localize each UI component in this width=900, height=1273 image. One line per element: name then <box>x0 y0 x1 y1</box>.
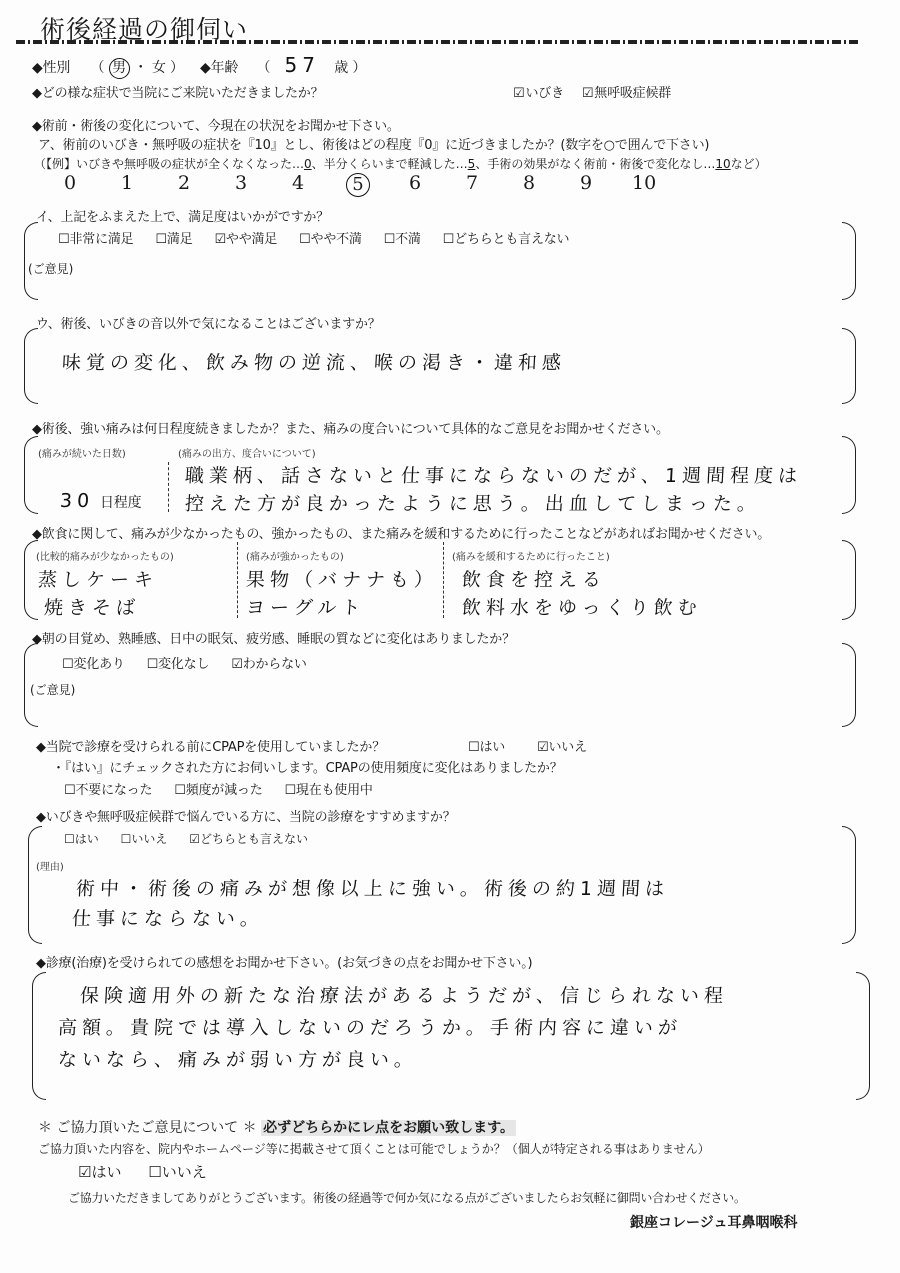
age-value[interactable]: 57 <box>285 53 320 77</box>
food-less-pain-item-2[interactable]: 焼きそば <box>43 593 140 620</box>
option-no-longer-needed[interactable]: ☐不要になった <box>64 783 152 798</box>
food-divider-1 <box>237 542 238 618</box>
recommend-option-neither-checked[interactable]: ☑どちらとも言えない <box>189 832 308 846</box>
recommend-option-no[interactable]: ☐いいえ <box>121 832 168 846</box>
recommend-box-left <box>28 826 42 944</box>
checkbox-apnea[interactable]: ☑無呼吸症候群 <box>582 86 671 101</box>
food-more-pain-label: (痛みが強かったもの) <box>246 548 344 563</box>
scale-1[interactable]: 1 <box>121 172 133 194</box>
recommend-box-right <box>842 826 856 944</box>
food-question: ◆飲食に関して、痛みが少なかったもの、強かったもの、また痛みを緩和するために行っ… <box>32 523 770 542</box>
food-relief-item-1[interactable]: 飲食を控える <box>461 565 606 592</box>
age-unit: 歳 <box>334 60 348 76</box>
food-divider-2 <box>443 542 444 618</box>
option-neither[interactable]: ☐どちらとも言えない <box>443 232 570 247</box>
consent-question: ご協力頂いた内容を、院内やホームページ等に掲載させて頂くことは可能でしょうか？（… <box>38 1140 710 1157</box>
cpap-option-yes[interactable]: ☐はい <box>468 740 505 755</box>
scale-10[interactable]: 10 <box>632 172 656 194</box>
consent-options: ☑はい ☐いいえ <box>78 1161 207 1182</box>
scale-0[interactable]: 0 <box>64 172 76 194</box>
option-somewhat-dissatisfied[interactable]: ☐やや不満 <box>299 232 362 247</box>
recommend-reason-label: (理由) <box>36 858 64 873</box>
impressions-box-left <box>32 972 46 1100</box>
scale-7[interactable]: 7 <box>466 172 478 194</box>
impressions-line3[interactable]: ないなら、痛みが弱い方が良い。 <box>57 1045 418 1072</box>
impressions-box-right <box>856 972 870 1100</box>
cpap-option-no-checked[interactable]: ☑いいえ <box>537 740 587 755</box>
sleep-question: ◆朝の目覚め、熟睡感、日中の眠気、疲労感、睡眠の質などに変化はありましたか？ <box>32 628 515 647</box>
thanks-message: ご協力いただきましてありがとうございます。術後の経過等で何か気になる点がございま… <box>68 1189 746 1206</box>
symptoms-question: ◆どの様な症状で当院にご来院いただきましたか？ <box>32 82 323 101</box>
option-changed[interactable]: ☐変化あり <box>62 657 125 672</box>
pain-detail-line1[interactable]: 職業柄、話さないと仕事にならないのだが、1週間程度は <box>184 461 803 488</box>
symptoms-options: ☑いびき ☑無呼吸症候群 <box>513 82 671 101</box>
change-example: （【例】いびきや無呼吸の症状が全くなくなった…0、半分くらいまで軽減した…5、手… <box>34 155 767 172</box>
option-satisfied[interactable]: ☐満足 <box>155 232 192 247</box>
option-unknown-checked[interactable]: ☑わからない <box>231 657 306 672</box>
cpap-question: ◆当院で診療を受けられる前にCPAPを使用していましたか？ <box>36 736 385 755</box>
food-more-pain-item-1[interactable]: 果物（バナナも） <box>245 565 438 592</box>
scale-5-selected[interactable]: 5 <box>346 173 370 197</box>
gender-option-male-selected[interactable]: 男 <box>109 58 130 79</box>
option-reduced-frequency[interactable]: ☐頻度が減った <box>174 783 262 798</box>
pain-days-value[interactable]: 30 <box>59 490 94 512</box>
title-divider <box>16 40 858 44</box>
recommend-question: ◆いびきや無呼吸症候群で悩んでいる方に、当院の診療をすすめますか？ <box>36 806 456 825</box>
pain-detail-line2[interactable]: 控えた方が良かったように思う。出血してしまった。 <box>184 489 761 516</box>
consent-emphasis: 必ずどちらかにレ点をお願い致します。 <box>261 1120 516 1136</box>
consent-option-no[interactable]: ☐いいえ <box>148 1163 206 1181</box>
sleep-options: ☐変化あり ☐変化なし ☑わからない <box>62 653 325 672</box>
food-less-pain-label: (比較的痛みが少なかったもの) <box>36 548 174 563</box>
sleep-box-right <box>842 643 856 727</box>
option-still-using[interactable]: ☐現在も使用中 <box>284 783 372 798</box>
pain-box-left <box>24 436 38 514</box>
recommend-option-yes[interactable]: ☐はい <box>64 832 99 846</box>
concerns-question: ウ、術後、いびきの音以外で気になることはございますか？ <box>36 313 381 332</box>
consent-heading: ＊ ご協力頂いたご意見について ＊ 必ずどちらかにレ点をお願い致します。 <box>38 1117 516 1137</box>
impressions-question: ◆診療(治療)を受けられての感想をお聞かせ下さい。(お気づきの点をお聞かせ下さい… <box>36 952 532 971</box>
satisfaction-options: ☐非常に満足 ☐満足 ☑やや満足 ☐やや不満 ☐不満 ☐どちらとも言えない <box>58 228 587 247</box>
concerns-box-right <box>842 328 856 404</box>
impressions-line2[interactable]: 高額。貴院では導入しないのだろうか。手術内容に違いが <box>57 1013 682 1040</box>
option-dissatisfied[interactable]: ☐不満 <box>384 232 421 247</box>
scale-2[interactable]: 2 <box>178 172 190 194</box>
recommend-reason-line1[interactable]: 術中・術後の痛みが想像以上に強い。術後の約1週間は <box>75 874 670 901</box>
option-no-change[interactable]: ☐変化なし <box>147 657 210 672</box>
scale-4[interactable]: 4 <box>292 172 304 194</box>
satisfaction-question: イ、上記をふまえた上で、満足度はいかがですか？ <box>36 206 329 225</box>
change-sub-a: ア、術前のいびき・無呼吸の症状を『10』とし、術後はどの程度『0』に近づきました… <box>38 134 709 153</box>
concerns-answer[interactable]: 味覚の変化、飲み物の逆流、喉の渇き・違和感 <box>61 348 566 375</box>
clinic-name: 銀座コレージュ耳鼻咽喉科 <box>630 1212 797 1232</box>
gender-label: ◆性別 <box>32 60 70 76</box>
food-box-right <box>842 540 856 620</box>
change-question: ◆術前・術後の変化について、今現在の状況をお聞かせ下さい。 <box>32 115 400 134</box>
recommend-options: ☐はい ☐いいえ ☑どちらとも言えない <box>64 830 326 847</box>
scale-8[interactable]: 8 <box>523 172 535 194</box>
checkbox-snoring[interactable]: ☑いびき <box>513 86 564 101</box>
concerns-box-left <box>24 328 38 404</box>
scale-9[interactable]: 9 <box>580 172 592 194</box>
impressions-line1[interactable]: 保険適用外の新たな治療法があるようだが、信じられない程 <box>79 981 728 1008</box>
pain-days-unit: 日程度 <box>100 492 141 512</box>
food-more-pain-item-2[interactable]: ヨーグルト <box>245 593 366 620</box>
option-very-satisfied[interactable]: ☐非常に満足 <box>58 232 133 247</box>
satisfaction-box-right <box>842 222 856 300</box>
pain-days-label: (痛みが続いた日数) <box>38 445 126 460</box>
cpap-options: ☐はい ☑いいえ <box>468 736 587 755</box>
sleep-opinion-label: (ご意見) <box>30 681 75 698</box>
pain-detail-label: (痛みの出方、度合いについて) <box>178 445 316 460</box>
consent-option-yes-checked[interactable]: ☑はい <box>78 1163 121 1181</box>
scale-3[interactable]: 3 <box>235 172 247 194</box>
satisfaction-opinion-label: (ご意見) <box>28 260 73 277</box>
pain-divider <box>168 462 169 512</box>
food-less-pain-item-1[interactable]: 蒸しケーキ <box>37 565 158 592</box>
cpap-followup: ・『はい』にチェックされた方にお伺いします。CPAPの使用頻度に変化はありました… <box>52 757 563 776</box>
food-relief-item-2[interactable]: 飲料水をゆっくり飲む <box>461 593 702 620</box>
profile-row: ◆性別 （ 男 ・ 女 ） ◆年齢 （ 57 歳 ） <box>32 53 366 79</box>
age-label: ◆年齢 <box>200 60 238 76</box>
option-somewhat-satisfied-checked[interactable]: ☑やや満足 <box>214 232 277 247</box>
gender-option-female[interactable]: 女 <box>152 60 166 76</box>
scale-6[interactable]: 6 <box>409 172 421 194</box>
food-relief-label: (痛みを緩和するために行ったこと) <box>452 548 610 563</box>
recommend-reason-line2[interactable]: 仕事にならない。 <box>71 904 264 931</box>
pain-question: ◆術後、強い痛みは何日程度続きましたか？また、痛みの度合いについて具体的なご意見… <box>32 418 669 437</box>
cpap-followup-options: ☐不要になった ☐頻度が減った ☐現在も使用中 <box>64 779 391 798</box>
pain-box-right <box>842 436 856 514</box>
